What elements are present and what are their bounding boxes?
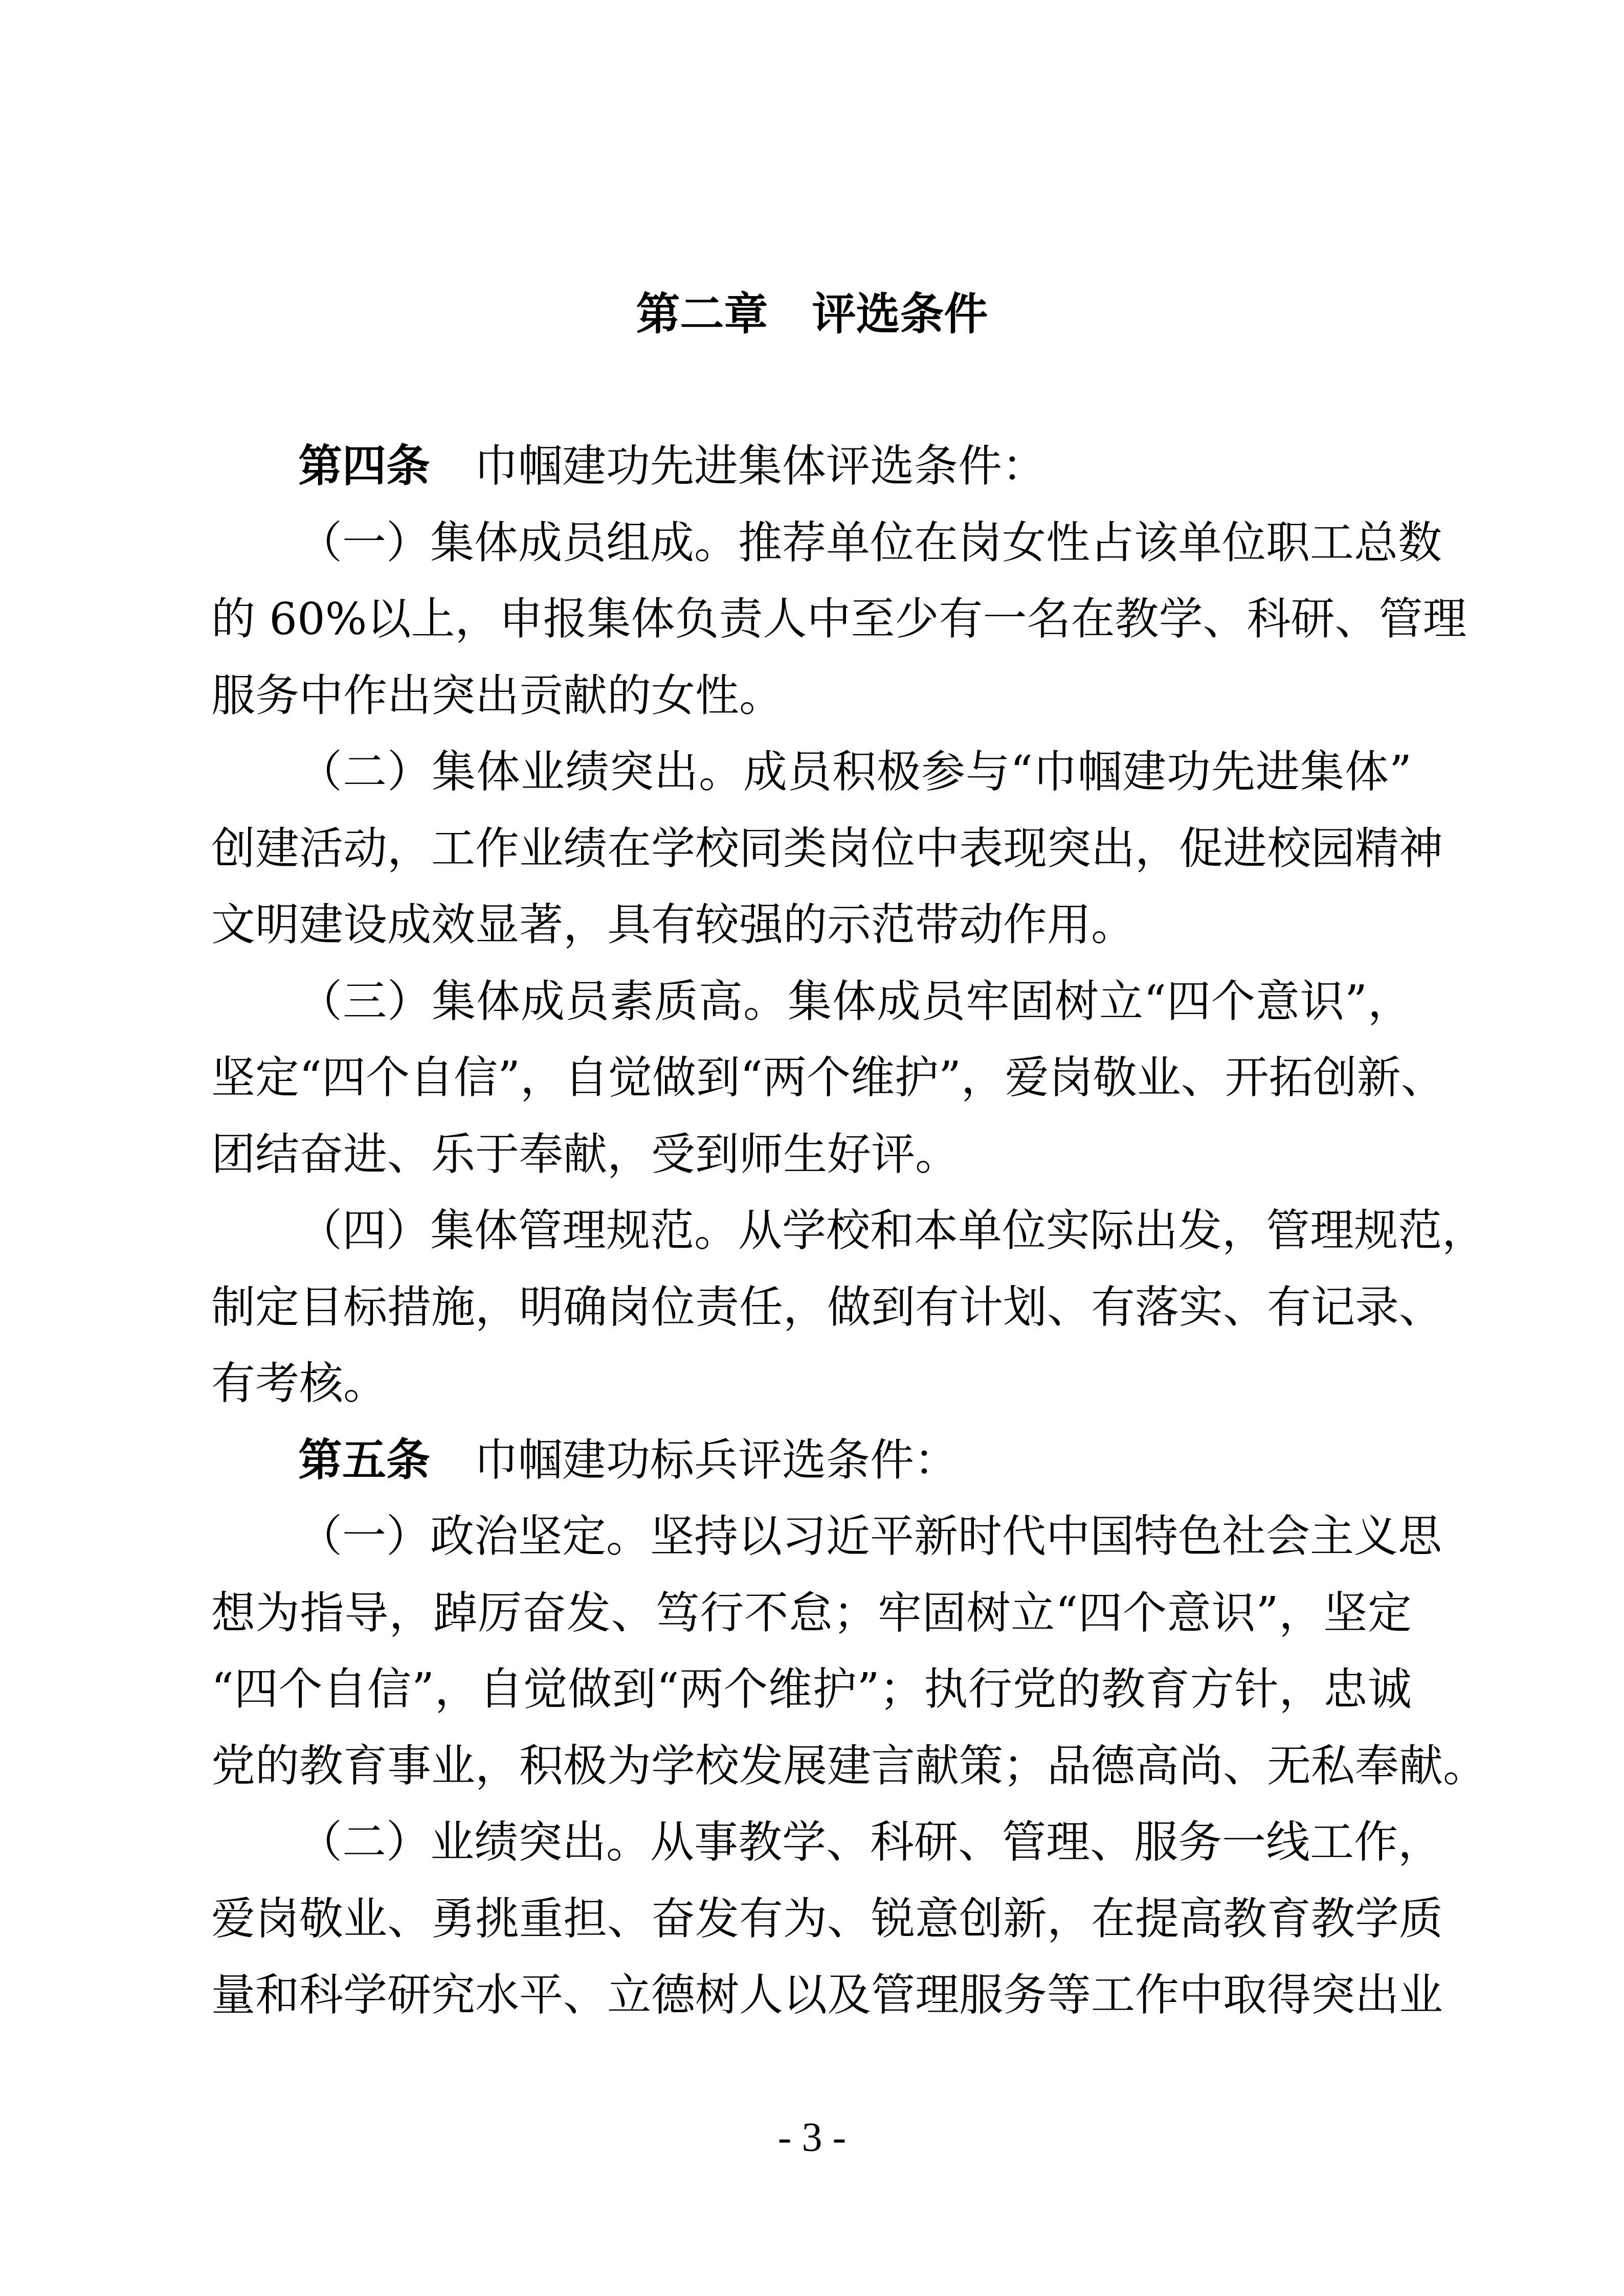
- paragraph-line: 坚定“四个自信”，自觉做到“两个维护”，爱岗敬业、开拓创新、: [211, 1040, 1412, 1117]
- line-text: 团结奋进、乐于奉献，受到师生好评。: [211, 1129, 959, 1180]
- paragraph-line: （三）集体成员素质高。集体成员牢固树立“四个意识”，: [211, 964, 1412, 1041]
- paragraph-line: 量和科学研究水平、立德树人以及管理服务等工作中取得突出业: [211, 1957, 1412, 2034]
- paragraph-line: （二）业绩突出。从事教学、科研、管理、服务一线工作，: [211, 1805, 1412, 1881]
- line-text: （一）集体成员组成。推荐单位在岗女性占该单位职工总数: [298, 517, 1442, 569]
- article-heading-line: 第四条 巾帼建功先进集体评选条件：: [211, 429, 1412, 505]
- line-text: 想为指导，踔厉奋发、笃行不怠；牢固树立“四个意识”，坚定: [211, 1588, 1412, 1639]
- line-text: 创建活动，工作业绩在学校同类岗位中表现突出，促进校园精神: [211, 823, 1443, 874]
- article-heading-line: 第五条 巾帼建功标兵评选条件：: [211, 1423, 1412, 1499]
- paragraph-line: 党的教育事业，积极为学校发展建言献策；品德高尚、无私奉献。: [211, 1728, 1412, 1805]
- paragraph-line: 有考核。: [211, 1346, 1412, 1423]
- paragraph-line: “四个自信”，自觉做到“两个维护”；执行党的教育方针，忠诚: [211, 1652, 1412, 1728]
- line-text: （二）集体业绩突出。成员积极参与“巾帼建功先进集体”: [298, 747, 1412, 798]
- paragraph-line: （二）集体业绩突出。成员积极参与“巾帼建功先进集体”: [211, 734, 1412, 811]
- line-text: （二）业绩突出。从事教学、科研、管理、服务一线工作，: [298, 1817, 1442, 1868]
- article-number: 第四条: [298, 441, 430, 492]
- paragraph-line: （一）集体成员组成。推荐单位在岗女性占该单位职工总数: [211, 505, 1412, 582]
- paragraph-line: 服务中作出突出贡献的女性。: [211, 658, 1412, 735]
- line-text: （四）集体管理规范。从学校和本单位实际出发，管理规范，: [298, 1205, 1486, 1256]
- article-number: 第五条: [298, 1435, 430, 1486]
- paragraph-line: 爱岗敬业、勇挑重担、奋发有为、锐意创新，在提高教育教学质: [211, 1881, 1412, 1958]
- line-text: （一）政治坚定。坚持以习近平新时代中国特色社会主义思: [298, 1511, 1442, 1562]
- line-text: 量和科学研究水平、立德树人以及管理服务等工作中取得突出业: [211, 1970, 1443, 2021]
- page-number: - 3 -: [0, 2112, 1624, 2163]
- paragraph-line: 文明建设成效显著，具有较强的示范带动作用。: [211, 887, 1412, 964]
- line-text: “四个自信”，自觉做到“两个维护”；执行党的教育方针，忠诚: [211, 1664, 1412, 1715]
- paragraph-line: 想为指导，踔厉奋发、笃行不怠；牢固树立“四个意识”，坚定: [211, 1575, 1412, 1652]
- line-text: 的 60%以上，申报集体负责人中至少有一名在教学、科研、管理: [211, 594, 1467, 645]
- line-text: 制定目标措施，明确岗位责任，做到有计划、有落实、有记录、: [211, 1282, 1443, 1333]
- line-text: 服务中作出突出贡献的女性。: [211, 670, 783, 722]
- paragraph-line: 制定目标措施，明确岗位责任，做到有计划、有落实、有记录、: [211, 1270, 1412, 1346]
- line-text: 坚定“四个自信”，自觉做到“两个维护”，爱岗敬业、开拓创新、: [211, 1052, 1445, 1104]
- paragraph-line: 团结奋进、乐于奉献，受到师生好评。: [211, 1117, 1412, 1194]
- paragraph-line: 的 60%以上，申报集体负责人中至少有一名在教学、科研、管理: [211, 581, 1412, 658]
- line-text: 有考核。: [211, 1358, 387, 1409]
- document-page: 第二章 评选条件 第四条 巾帼建功先进集体评选条件： （一）集体成员组成。推荐单…: [0, 0, 1624, 2296]
- article-heading-text: 巾帼建功先进集体评选条件：: [430, 441, 1046, 492]
- line-text: 文明建设成效显著，具有较强的示范带动作用。: [211, 899, 1135, 951]
- paragraph-line: （四）集体管理规范。从学校和本单位实际出发，管理规范，: [211, 1193, 1412, 1270]
- chapter-title: 第二章 评选条件: [0, 276, 1624, 353]
- line-text: 党的教育事业，积极为学校发展建言献策；品德高尚、无私奉献。: [211, 1741, 1487, 1792]
- article-heading-text: 巾帼建功标兵评选条件：: [430, 1435, 958, 1486]
- paragraph-line: （一）政治坚定。坚持以习近平新时代中国特色社会主义思: [211, 1499, 1412, 1575]
- paragraph-line: 创建活动，工作业绩在学校同类岗位中表现突出，促进校园精神: [211, 811, 1412, 888]
- body-text: 第四条 巾帼建功先进集体评选条件： （一）集体成员组成。推荐单位在岗女性占该单位…: [211, 429, 1412, 2034]
- line-text: 爱岗敬业、勇挑重担、奋发有为、锐意创新，在提高教育教学质: [211, 1894, 1443, 1945]
- line-text: （三）集体成员素质高。集体成员牢固树立“四个意识”，: [298, 976, 1412, 1027]
